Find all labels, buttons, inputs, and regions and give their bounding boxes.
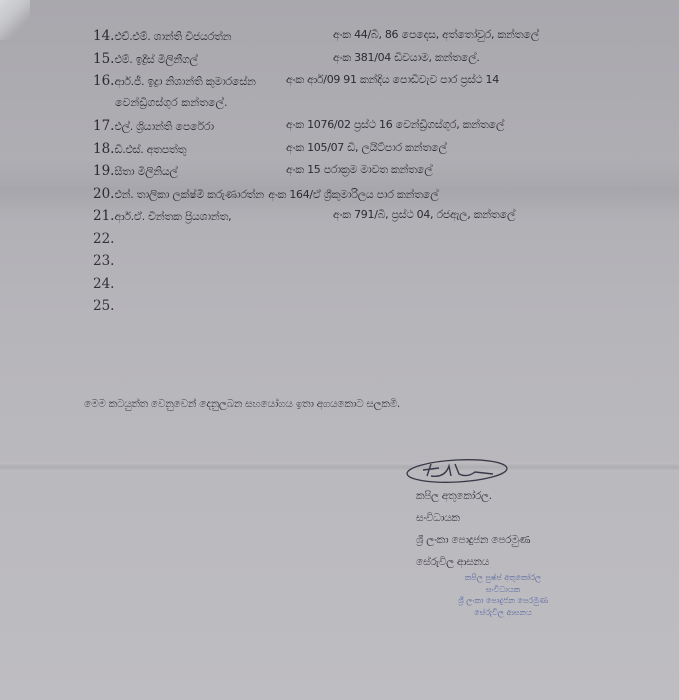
item-address: අංක ආර්/09 91 කන්දිය පොඩිවැව පාර ප්‍රස්ථ…: [286, 73, 499, 87]
list-item: 17.එල්. ශ්‍රියාන්ති පෙරේරා අංක 1076/02 ප…: [93, 118, 663, 141]
item-number: 18.: [93, 141, 114, 157]
list-item-blank: 23.: [93, 253, 663, 276]
paper-corner: [0, 0, 30, 40]
list-item-blank: 25.: [93, 298, 663, 321]
list-item: 18.ඩී.එස්. අතපත්තු අංක 105/07 ඩී, ලයිට්ප…: [93, 141, 663, 164]
list-item: 16.ආර්.ජී. ඉද්‍රා නිශාන්ති කුමාරසේන අංක …: [93, 73, 663, 96]
item-name: එච්.එම්. ශාන්ති විජයරත්න: [114, 30, 231, 44]
item-name: සීතා මිලිනියල්: [114, 165, 177, 179]
item-name: ආර්.ඒ. චින්තක ප්‍රියශාන්ත,: [114, 210, 231, 224]
signatory-title: සංවිධායක: [416, 507, 530, 529]
item-name: එම්. ඉද්‍රීස් මිලිනීගල්: [114, 53, 197, 67]
item-number: 21.: [93, 208, 114, 224]
name-address-list: 14.එච්.එම්. ශාන්ති විජයරත්න අංක 44/බී, 8…: [93, 28, 663, 321]
stamp-line: ශ්‍රී ලංකා පොදුජන පෙරමුණ: [438, 595, 568, 607]
stamp-line: සංවිධායක: [438, 584, 568, 596]
stamp-line: කපිල පුෂ්ප් අතුකෝරල: [438, 572, 568, 584]
item-address: අංක 381/04 ඩීවයාම, කන්තලේ.: [333, 51, 480, 65]
item-name: ආර්.ජී. ඉද්‍රා නිශාන්ති කුමාරසේන: [114, 75, 255, 89]
item-number: 25.: [93, 298, 114, 314]
signature-block: කපිල අතුකෝරල. සංවිධායක ශ්‍රී ලංකා පොදුජන…: [416, 485, 530, 573]
thanks-line: මෙම කටයුත්ත වෙනුවෙන් දෙනුලබන සහයෝගය ඉතා …: [84, 398, 400, 411]
paper-fold: [0, 462, 679, 472]
list-item: 21.ආර්.ඒ. චින්තක ප්‍රියශාන්ත, අංක 791/බී…: [93, 208, 663, 231]
item-number: 19.: [93, 163, 114, 179]
list-item: 14.එච්.එම්. ශාන්ති විජයරත්න අංක 44/බී, 8…: [93, 28, 663, 51]
list-item-blank: 22.: [93, 231, 663, 254]
item-number: 15.: [93, 51, 114, 67]
item-number: 22.: [93, 231, 114, 247]
item-number: 14.: [93, 28, 114, 44]
item-number: 17.: [93, 118, 114, 134]
official-stamp: කපිල පුෂ්ප් අතුකෝරල සංවිධායක ශ්‍රී ලංකා …: [438, 572, 568, 618]
item-address: අංක 105/07 ඩී, ලයිට්පාර කන්තලේ: [286, 141, 447, 155]
list-item-blank: 24.: [93, 276, 663, 299]
list-item: 15.එම්. ඉද්‍රීස් මිලිනීගල් අංක 381/04 ඩී…: [93, 51, 663, 74]
item-number: 23.: [93, 253, 114, 269]
item-number: 20.: [93, 186, 114, 202]
list-item: 19.සීතා මිලිනියල් අංක 15 පරාක්‍රම මාවත ක…: [93, 163, 663, 186]
signatory-org: ශ්‍රී ලංකා පොදුජන පෙරමුණ: [416, 529, 530, 551]
signature: [405, 456, 513, 486]
item-address-continued: වෙන්ඩ්‍රිගස්ගුර කන්තලේ.: [93, 96, 663, 119]
item-address: අංක 791/බී, ප්‍රස්ථ 04, රජඇල, කන්තලේ: [333, 208, 515, 222]
item-address: අංක 164/ඒ ශ්‍රීකුමාරිලය පාර කන්තලේ: [268, 188, 438, 201]
item-name: එල්. ශ්‍රියාන්ති පෙරේරා: [114, 120, 213, 134]
signatory-name: කපිල අතුකෝරල.: [416, 485, 530, 507]
item-name: ඩී.එස්. අතපත්තු: [114, 143, 186, 157]
signatory-constituency: සේරුවිල ආසනය: [416, 551, 530, 573]
item-address: අංක 15 පරාක්‍රම මාවත කන්තලේ: [286, 163, 432, 177]
item-address: අංක 44/බී, 86 පෙදෙස, අත්තෝවුර, කන්තලේ: [333, 28, 539, 42]
list-item: 20.එන්. තාලිකා ලක්ෂ්මි කරුණාරත්න අංක 164…: [93, 186, 663, 209]
item-address: අංක 1076/02 ප්‍රස්ථ 16 වෙන්ඩ්‍රිගස්ගුර, …: [286, 118, 504, 132]
item-number: 16.: [93, 73, 114, 89]
item-number: 24.: [93, 276, 114, 292]
item-name: එන්. තාලිකා ලක්ෂ්මි කරුණාරත්න: [114, 188, 263, 202]
stamp-line: සේරුවිල ආසනය: [438, 607, 568, 619]
